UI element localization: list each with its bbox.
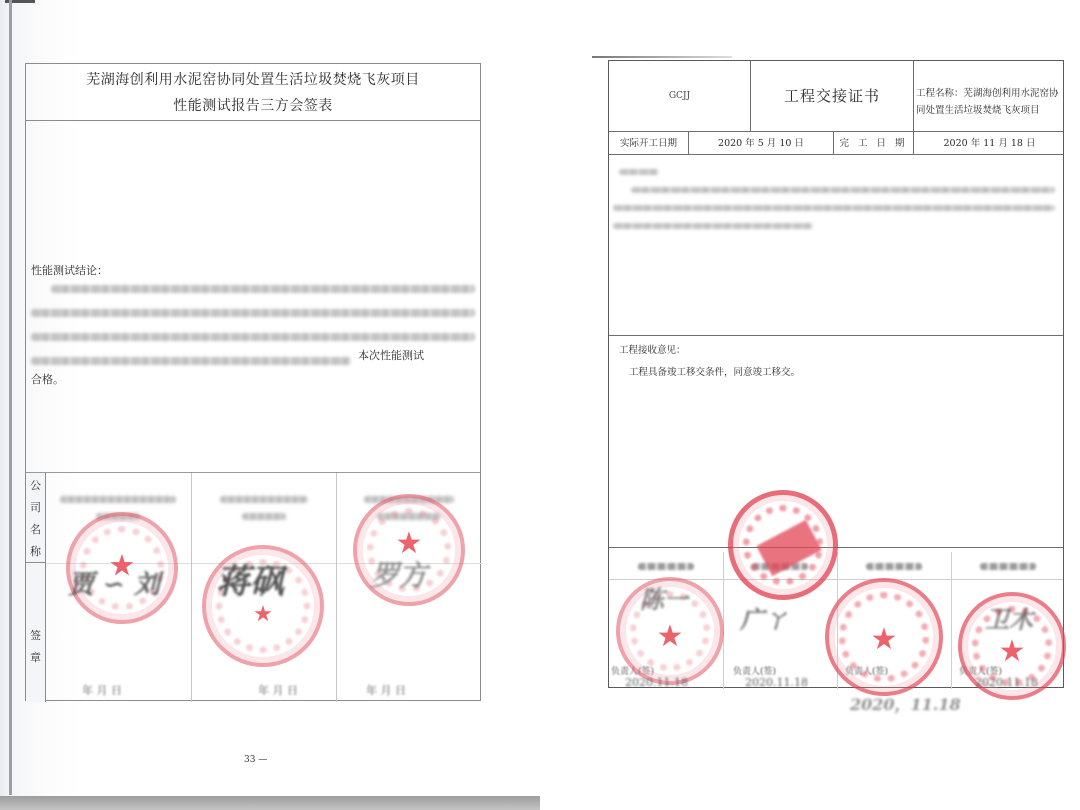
handwritten-signature: 罗方 <box>371 554 427 594</box>
row-header-char: 公 <box>26 475 45 497</box>
end-date-label: 完 工 日 期 <box>834 132 914 155</box>
sign-date: 年 月 日 <box>258 682 298 698</box>
handwritten-signature: 广ㄚ <box>740 600 788 635</box>
sign-date: 2020.11.18 <box>745 676 808 689</box>
start-date-label: 实际开工日期 <box>609 132 689 155</box>
page-shadow <box>0 796 540 810</box>
title-line-1: 芜湖海创利用水泥窑协同处置生活垃圾焚烧飞灰项目 <box>26 69 480 89</box>
row-header-char: 签 <box>26 625 45 647</box>
end-date-value: 2020 年 11 月 18 日 <box>914 132 1065 155</box>
row-header-char: 名 <box>26 519 45 541</box>
dates-row: 实际开工日期 2020 年 5 月 10 日 完 工 日 期 2020 年 11… <box>609 132 1063 155</box>
row-header-seal: 签 章 <box>26 563 46 702</box>
test-conclusion-section: 性能测试结论： 本次性能测试 合格。 <box>26 121 480 473</box>
sign-date: 年 月 日 <box>82 682 122 698</box>
company-seal-stamp: ★ <box>825 578 943 696</box>
row-header-char: 司 <box>26 497 45 519</box>
start-date-value: 2020 年 5 月 10 日 <box>689 132 834 155</box>
acceptance-text: 工程具备竣工移交条件，同意竣工移交。 <box>629 364 800 378</box>
column-divider <box>336 473 337 702</box>
company-seal-stamp <box>728 490 838 600</box>
acceptance-opinion-section: 工程接收意见： 工程具备竣工移交条件，同意竣工移交。 <box>609 336 1063 548</box>
page-edge <box>592 56 732 58</box>
left-document-page: 芜湖海创利用水泥窑协同处置生活垃圾焚烧飞灰项目 性能测试报告三方会签表 性能测试… <box>0 0 540 810</box>
column-divider <box>951 552 952 689</box>
row-header-company-name: 公 司 名 称 <box>26 473 46 563</box>
title-line-2: 性能测试报告三方会签表 <box>26 95 480 115</box>
signoff-table: 芜湖海创利用水泥窑协同处置生活垃圾焚烧飞灰项目 性能测试报告三方会签表 性能测试… <box>25 63 481 701</box>
project-name: 工程名称：芜湖海创利用水泥窑协同处置生活垃圾焚烧飞灰项目 <box>916 85 1064 119</box>
sign-date: 年 月 日 <box>366 682 406 698</box>
acceptance-label: 工程接收意见： <box>619 342 686 356</box>
row-header-char: 章 <box>26 647 45 669</box>
signing-unit-label <box>951 552 1065 580</box>
handwritten-signature: 卫木 <box>985 600 1033 635</box>
company-name-cell <box>194 490 334 530</box>
certificate-title: 工程交接证书 <box>751 61 914 132</box>
column-divider <box>191 473 192 702</box>
star-icon: ★ <box>999 637 1026 667</box>
handwritten-signature: 蒋砜 <box>216 554 284 603</box>
signing-unit-label <box>609 552 723 580</box>
handwritten-signature: 贾 ∽ 刘 <box>68 564 160 601</box>
row-header-char: 称 <box>26 541 45 563</box>
handwritten-date: 2020，11.18 <box>850 692 961 715</box>
conclusion-visible-text: 本次性能测试 <box>358 347 424 363</box>
handwritten-signature: 陈一 <box>640 580 688 615</box>
star-icon: ★ <box>253 604 273 626</box>
form-code: GCJJ <box>609 61 751 132</box>
signing-unit-label <box>837 552 951 580</box>
conclusion-label: 性能测试结论： <box>31 262 108 278</box>
sign-date: 2020.11.18 <box>975 676 1038 689</box>
certificate-header: GCJJ 工程交接证书 工程名称：芜湖海创利用水泥窑协同处置生活垃圾焚烧飞灰项目 <box>609 61 1063 132</box>
page-number: 33 — <box>244 755 267 765</box>
document-title: 芜湖海创利用水泥窑协同处置生活垃圾焚烧飞灰项目 性能测试报告三方会签表 <box>26 64 480 121</box>
project-content-redacted <box>609 155 1063 336</box>
sign-date: 2020.11.18 <box>625 676 688 689</box>
star-icon: ★ <box>871 625 898 655</box>
star-icon: ★ <box>657 622 684 652</box>
conclusion-result: 合格。 <box>31 371 64 387</box>
book-spine <box>9 0 12 795</box>
